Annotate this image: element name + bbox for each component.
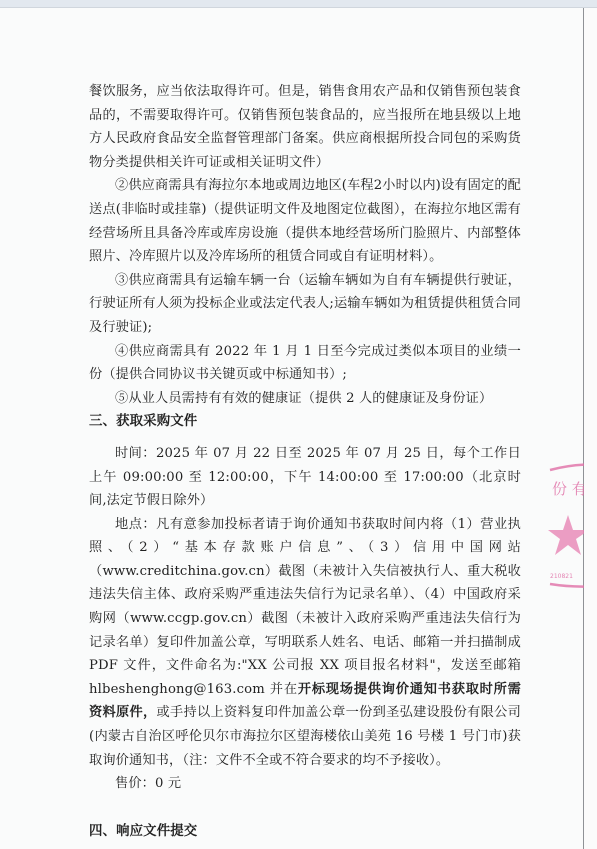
company-seal-stamp: 份 有 210821 [548,460,584,590]
section-heading-submit-response: 四、响应文件提交 [89,820,521,844]
spacer [89,796,521,820]
seal-icon: 份 有 210821 [548,460,584,590]
paragraph-food-license: 餐饮服务，应当依法取得许可。但是，销售食用农产品和仅销售预包装食品的，不需要取得… [89,80,521,174]
viewer-top-bar [0,0,597,8]
paragraph-time: 时间：2025 年 07 月 22 日至 2025 年 07 月 25 日，每个… [89,442,521,513]
paragraph-requirement-4: ④供应商需具有 2022 年 1 月 1 日至今完成过类似本项目的业绩一份（提供… [89,340,521,387]
paragraph-requirement-2: ②供应商需具有海拉尔本地或周边地区(车程2小时以内)设有固定的配送点(非临时或挂… [89,174,521,268]
location-text: 地点：凡有意参加投标者请于询价通知书获取时间内将（1）营业执照、（2）“基本存款… [89,517,521,697]
spacer [89,434,521,442]
document-page-content: 餐饮服务，应当依法取得许可。但是，销售食用农产品和仅销售预包装食品的，不需要取得… [89,80,521,843]
section-heading-obtain-documents: 三、获取采购文件 [89,410,521,434]
svg-text:份 有: 份 有 [552,480,584,498]
paragraph-price: 售价：0 元 [89,772,521,796]
paragraph-requirement-5: ⑤从业人员需持有有效的健康证（提供 2 人的健康证及身份证） [89,387,521,411]
paragraph-requirement-3: ③供应商需具有运输车辆一台（运输车辆如为自有车辆提供行驶证，行驶证所有人须为投标… [89,269,521,340]
paragraph-location: 地点：凡有意参加投标者请于询价通知书获取时间内将（1）营业执照、（2）“基本存款… [89,513,521,773]
page-margin-right [584,8,597,849]
svg-text:210821: 210821 [550,573,573,580]
